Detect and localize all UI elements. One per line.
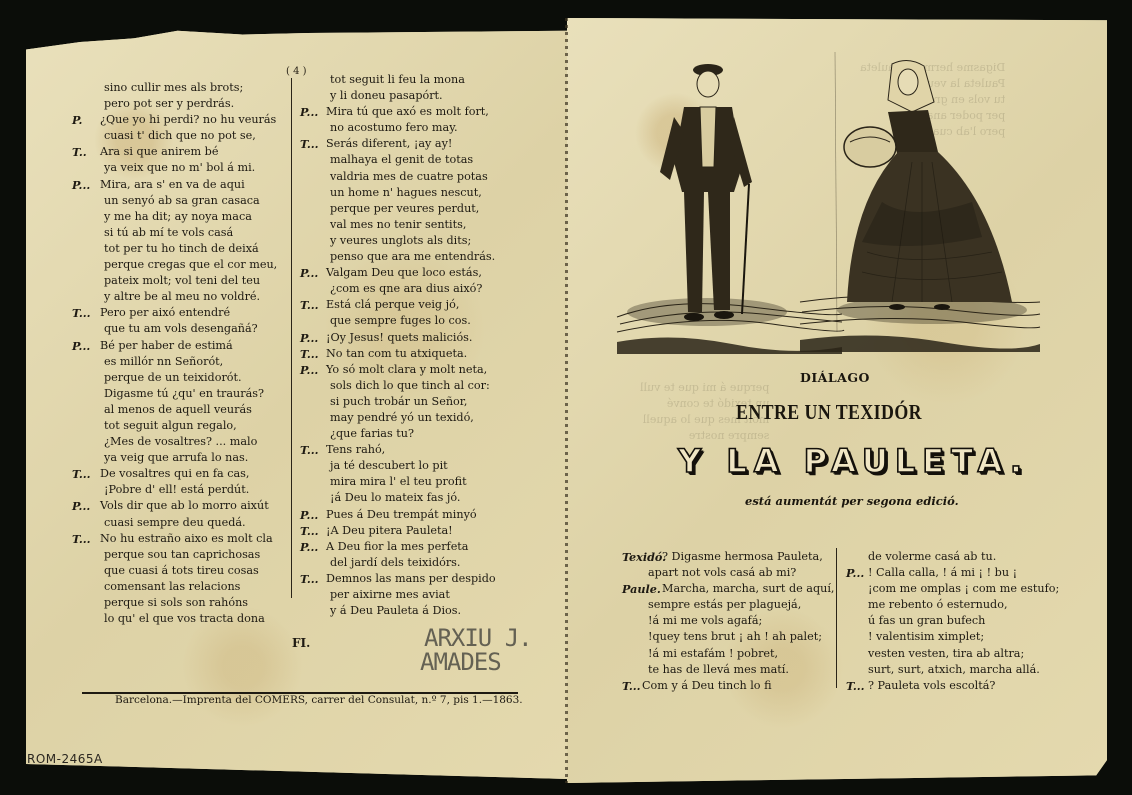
verse-line: !quey tens brut ¡ ah ! ah palet; xyxy=(648,629,834,645)
verse-line: pero pot ser y perdrás. xyxy=(104,96,277,112)
verse-text: Vols dir que ab lo morro aixút xyxy=(100,499,269,512)
verse-text: sols dich lo que tinch al cor: xyxy=(330,379,490,392)
right-column-1: Texidó.? Digasme hermosa Pauleta,apart n… xyxy=(648,549,834,694)
verse-line: T...No tan com tu atxiqueta. xyxy=(326,346,496,362)
title-line-3: Y LA PAULETA. xyxy=(678,442,1029,480)
verse-line: sempre estás per plaguejá, xyxy=(648,597,834,613)
verse-text: Com y á Deu tinch lo fi xyxy=(642,679,772,692)
page-number: ( 4 ) xyxy=(286,66,307,77)
left-column-1: sino cullir mes als brots;pero pot ser y… xyxy=(104,80,277,627)
verse-line: Paule.Marcha, marcha, surt de aquí, xyxy=(642,581,834,597)
verse-line: T...Serás diferent, ¡ay ay! xyxy=(326,136,496,152)
title-line-1: DIÁLAGO xyxy=(800,370,870,385)
verse-text: Digasme tú ¿qu' en traurás? xyxy=(104,387,264,400)
verse-line: P...Pues á Deu trempát minyó xyxy=(326,507,496,523)
verse-line: perque sou tan caprichosas xyxy=(104,547,277,563)
verse-text: cuasi t' dich que no pot se, xyxy=(104,129,256,142)
verse-text: es millór nn Señorót, xyxy=(104,355,223,368)
verse-text: ¡Oy Jesus! quets maliciós. xyxy=(326,331,472,344)
verse-line: si tú ab mí te vols casá xyxy=(104,225,277,241)
title-line-2: ENTRE UN TEXIDÓR xyxy=(736,400,922,425)
verse-text: No hu estraño aixo es molt cla xyxy=(100,532,273,545)
verse-text: ¿Que yo hi perdi? no hu veurás xyxy=(100,113,276,126)
speaker-label: T... xyxy=(72,466,91,482)
verse-line: te has de llevá mes matí. xyxy=(648,662,834,678)
speaker-label: Texidó. xyxy=(622,549,666,565)
speaker-label: T... xyxy=(846,678,865,694)
archive-stamp: ARXIU J. AMADES xyxy=(420,626,532,674)
man-figure xyxy=(660,64,752,321)
verse-line: surt, surt, atxich, marcha allá. xyxy=(868,662,1059,678)
verse-text: sempre estás per plaguejá, xyxy=(648,598,801,611)
verse-line: sols dich lo que tinch al cor: xyxy=(330,378,496,394)
verse-text: ! valentisim ximplet; xyxy=(868,630,984,643)
speaker-label: T... xyxy=(300,297,319,313)
verse-line: un home n' hagues nescut, xyxy=(330,185,496,201)
stamp-line: ARXIU J. xyxy=(420,626,532,650)
verse-line: T...? Pauleta vols escoltá? xyxy=(868,678,1059,694)
speaker-label: T... xyxy=(72,305,91,321)
verse-text: ja té descubert lo pit xyxy=(330,459,448,472)
verse-line: T...De vosaltres qui en fa cas, xyxy=(100,466,277,482)
verse-line: perque cregas que el cor meu, xyxy=(104,257,277,273)
verse-text: sino cullir mes als brots; xyxy=(104,81,243,94)
verse-line: malhaya el genit de totas xyxy=(330,152,496,168)
verse-line: me rebento ó esternudo, xyxy=(868,597,1059,613)
verse-text: De vosaltres qui en fa cas, xyxy=(100,467,249,480)
woodcut-illustration xyxy=(612,52,1042,362)
verse-text: que sempre fuges lo cos. xyxy=(330,314,471,327)
verse-text: si tú ab mí te vols casá xyxy=(104,226,233,239)
verse-line: perque si sols son rahóns xyxy=(104,595,277,611)
verse-text: Mira tú que axó es molt fort, xyxy=(326,105,489,118)
verse-line: pateix molt; vol teni del teu xyxy=(104,273,277,289)
verse-line: ja té descubert lo pit xyxy=(330,458,496,474)
verse-line: T..Ara si que anirem bé xyxy=(100,144,277,160)
verse-text: A Deu fior la mes perfeta xyxy=(326,540,468,553)
speaker-label: T... xyxy=(300,346,319,362)
verse-line: al menos de aquell veurás xyxy=(104,402,277,418)
verse-line: tot seguit algun regalo, xyxy=(104,418,277,434)
verse-text: vesten vesten, tira ab altra; xyxy=(868,647,1024,660)
verse-text: ¿com es qne ara dius aixó? xyxy=(330,282,482,295)
verse-text: Pues á Deu trempát minyó xyxy=(326,508,477,521)
verse-text: comensant las relacions xyxy=(104,580,240,593)
speaker-label: T... xyxy=(72,531,91,547)
verse-line: cuasi sempre deu quedá. xyxy=(104,515,277,531)
verse-text: Demnos las mans per despido xyxy=(326,572,496,585)
speaker-label: P... xyxy=(300,265,318,281)
verse-line: sino cullir mes als brots; xyxy=(104,80,277,96)
speaker-label: T... xyxy=(300,523,319,539)
verse-text: No tan com tu atxiqueta. xyxy=(326,347,467,360)
verse-text: de volerme casá ab tu. xyxy=(868,550,996,563)
verse-text: al menos de aquell veurás xyxy=(104,403,252,416)
verse-line: ya veig que arrufa lo nas. xyxy=(104,450,277,466)
verse-text: un home n' hagues nescut, xyxy=(330,186,482,199)
verse-text: y veures unglots als dits; xyxy=(330,234,471,247)
verse-line: lo qu' el que vos tracta dona xyxy=(104,611,277,627)
catalog-number: ROM-2465A xyxy=(27,752,103,766)
verse-line: ¿que farias tu? xyxy=(330,426,496,442)
verse-text: y á Deu Pauleta á Dios. xyxy=(330,604,461,617)
verse-line: mira mira l' el teu profit xyxy=(330,474,496,490)
verse-line: Texidó.? Digasme hermosa Pauleta, xyxy=(642,549,834,565)
verse-line: T...Está clá perque veig jó, xyxy=(326,297,496,313)
verse-text: valdria mes de cuatre potas xyxy=(330,170,488,183)
verse-text: y me ha dit; ay noya maca xyxy=(104,210,252,223)
verse-text: Está clá perque veig jó, xyxy=(326,298,459,311)
verse-line: perque de un teixidorót. xyxy=(104,370,277,386)
speaker-label: T... xyxy=(300,571,319,587)
verse-line: T...¡A Deu pitera Pauleta! xyxy=(326,523,496,539)
verse-line: ¿com es qne ara dius aixó? xyxy=(330,281,496,297)
speaker-label: T.. xyxy=(72,144,87,160)
right-column-2: de volerme casá ab tu.P...! Calla calla,… xyxy=(868,549,1059,694)
speaker-label: T... xyxy=(300,136,319,152)
verse-text: Mira, ara s' en va de aqui xyxy=(100,178,245,191)
verse-text: que tu am vols desengañá? xyxy=(104,322,258,335)
verse-text: ! Calla calla, ! á mi ¡ ! bu ¡ xyxy=(868,566,1017,579)
verse-text: un senyó ab sa gran casaca xyxy=(104,194,260,207)
verse-text: ¡A Deu pitera Pauleta! xyxy=(326,524,453,537)
woman-figure xyxy=(844,60,1012,310)
verse-line: P...¡Oy Jesus! quets maliciós. xyxy=(326,330,496,346)
verse-text: no acostumo fero may. xyxy=(330,121,458,134)
verse-text: !quey tens brut ¡ ah ! ah palet; xyxy=(648,630,822,643)
verse-text: Yo só molt clara y molt neta, xyxy=(326,363,487,376)
verse-text: perque si sols son rahóns xyxy=(104,596,248,609)
verse-line: valdria mes de cuatre potas xyxy=(330,169,496,185)
speaker-label: T... xyxy=(622,678,641,694)
verse-text: apart not vols casá ab mi? xyxy=(648,566,796,579)
verse-text: y li doneu pasapórt. xyxy=(330,89,443,102)
verse-text: perque cregas que el cor meu, xyxy=(104,258,277,271)
verse-text: may pendré yó un texidó, xyxy=(330,411,474,424)
speaker-label: P... xyxy=(300,362,318,378)
verse-line: P...A Deu fior la mes perfeta xyxy=(326,539,496,555)
end-mark: FI. xyxy=(292,636,310,650)
verse-text: ¿Mes de vosaltres? ... malo xyxy=(104,435,257,448)
speaker-label: P... xyxy=(72,338,90,354)
verse-text: si puch trobár un Señor, xyxy=(330,395,467,408)
verse-text: pero pot ser y perdrás. xyxy=(104,97,234,110)
verse-text: Serás diferent, ¡ay ay! xyxy=(326,137,452,150)
verse-line: ¡Pobre d' ell! está perdút. xyxy=(104,482,277,498)
verse-text: ¡Pobre d' ell! está perdút. xyxy=(104,483,249,496)
verse-text: ya veig que arrufa lo nas. xyxy=(104,451,248,464)
verse-line: tot per tu ho tinch de deixá xyxy=(104,241,277,257)
verse-line: T...Com y á Deu tinch lo fi xyxy=(642,678,834,694)
speaker-label: P... xyxy=(300,330,318,346)
verse-line: ya veix que no m' bol á mi. xyxy=(104,160,277,176)
verse-text: malhaya el genit de totas xyxy=(330,153,473,166)
verse-text: val mes no tenir sentits, xyxy=(330,218,466,231)
verse-text: per aixirne mes aviat xyxy=(330,588,450,601)
speaker-label: P... xyxy=(300,104,318,120)
verse-line: un senyó ab sa gran casaca xyxy=(104,193,277,209)
speaker-label: P... xyxy=(300,539,318,555)
verse-text: Ara si que anirem bé xyxy=(100,145,218,158)
speaker-label: P... xyxy=(300,507,318,523)
stamp-line: AMADES xyxy=(420,650,532,674)
verse-line: per aixirne mes aviat xyxy=(330,587,496,603)
verse-line: P.¿Que yo hi perdi? no hu veurás xyxy=(100,112,277,128)
verse-line: tot seguit li feu la mona xyxy=(330,72,496,88)
verse-text: ¡á Deu lo mateix fas jó. xyxy=(330,491,460,504)
center-fold xyxy=(565,18,568,783)
column-divider xyxy=(291,78,292,598)
verse-line: Digasme tú ¿qu' en traurás? xyxy=(104,386,277,402)
verse-line: P...Yo só molt clara y molt neta, xyxy=(326,362,496,378)
verse-text: tot seguit li feu la mona xyxy=(330,73,465,86)
speaker-label: T... xyxy=(300,442,319,458)
verse-line: perque per veures perdut, xyxy=(330,201,496,217)
verse-text: penso que ara me entendrás. xyxy=(330,250,495,263)
verse-line: T...No hu estraño aixo es molt cla xyxy=(100,531,277,547)
verse-text: perque de un teixidorót. xyxy=(104,371,242,384)
verse-line: de volerme casá ab tu. xyxy=(868,549,1059,565)
verse-line: may pendré yó un texidó, xyxy=(330,410,496,426)
speaker-label: P... xyxy=(72,498,90,514)
edition-subtitle: está aumentát per segona edició. xyxy=(745,494,959,508)
verse-text: Pero per aixó entendré xyxy=(100,306,230,319)
verse-text: !á mi me vols agafá; xyxy=(648,614,762,627)
verse-line: ú fas un gran bufech xyxy=(868,613,1059,629)
verse-line: si puch trobár un Señor, xyxy=(330,394,496,410)
speaker-label: P... xyxy=(846,565,864,581)
verse-text: ? Pauleta vols escoltá? xyxy=(868,679,995,692)
verse-text: ¡com me omplas ¡ com me estufo; xyxy=(868,582,1059,595)
verse-line: P...Bé per haber de estimá xyxy=(100,338,277,354)
verse-line: y veures unglots als dits; xyxy=(330,233,496,249)
verse-text: Valgam Deu que loco estás, xyxy=(326,266,482,279)
verse-text: pateix molt; vol teni del teu xyxy=(104,274,260,287)
verse-line: es millór nn Señorót, xyxy=(104,354,277,370)
verse-text: Marcha, marcha, surt de aquí, xyxy=(662,582,834,595)
verse-line: no acostumo fero may. xyxy=(330,120,496,136)
verse-text: me rebento ó esternudo, xyxy=(868,598,1008,611)
verse-text: y altre be al meu no voldré. xyxy=(104,290,260,303)
verse-text: ú fas un gran bufech xyxy=(868,614,985,627)
verse-line: que cuasi á tots tireu cosas xyxy=(104,563,277,579)
verse-text: !á mi estafám ! pobret, xyxy=(648,647,778,660)
verse-text: perque per veures perdut, xyxy=(330,202,479,215)
verse-text: tot seguit algun regalo, xyxy=(104,419,237,432)
verse-text: ¿que farias tu? xyxy=(330,427,414,440)
verse-line: val mes no tenir sentits, xyxy=(330,217,496,233)
verse-text: te has de llevá mes matí. xyxy=(648,663,789,676)
verse-line: P...Mira, ara s' en va de aqui xyxy=(100,177,277,193)
verse-text: ? Digasme hermosa Pauleta, xyxy=(662,550,823,563)
verse-line: P...! Calla calla, ! á mi ¡ ! bu ¡ xyxy=(868,565,1059,581)
verse-text: lo qu' el que vos tracta dona xyxy=(104,612,265,625)
verse-line: !á mi me vols agafá; xyxy=(648,613,834,629)
verse-line: que tu am vols desengañá? xyxy=(104,321,277,337)
verse-line: T...Pero per aixó entendré xyxy=(100,305,277,321)
verse-line: apart not vols casá ab mi? xyxy=(648,565,834,581)
verse-line: ¡com me omplas ¡ com me estufo; xyxy=(868,581,1059,597)
verse-line: y me ha dit; ay noya maca xyxy=(104,209,277,225)
verse-line: P...Vols dir que ab lo morro aixút xyxy=(100,498,277,514)
verse-line: ¡á Deu lo mateix fas jó. xyxy=(330,490,496,506)
verse-line: comensant las relacions xyxy=(104,579,277,595)
verse-line: ¿Mes de vosaltres? ... malo xyxy=(104,434,277,450)
verse-line: penso que ara me entendrás. xyxy=(330,249,496,265)
verse-text: cuasi sempre deu quedá. xyxy=(104,516,246,529)
column-divider xyxy=(836,548,837,688)
verse-text: mira mira l' el teu profit xyxy=(330,475,467,488)
verse-text: perque sou tan caprichosas xyxy=(104,548,260,561)
verse-text: del jardí dels teixidórs. xyxy=(330,556,460,569)
verse-line: y altre be al meu no voldré. xyxy=(104,289,277,305)
verse-line: T...Tens rahó, xyxy=(326,442,496,458)
speaker-label: P... xyxy=(72,177,90,193)
verse-line: y li doneu pasapórt. xyxy=(330,88,496,104)
verse-text: tot per tu ho tinch de deixá xyxy=(104,242,259,255)
verse-text: surt, surt, atxich, marcha allá. xyxy=(868,663,1040,676)
verse-line: ! valentisim ximplet; xyxy=(868,629,1059,645)
verse-line: vesten vesten, tira ab altra; xyxy=(868,646,1059,662)
verse-text: ya veix que no m' bol á mi. xyxy=(104,161,255,174)
verse-line: P...Mira tú que axó es molt fort, xyxy=(326,104,496,120)
verse-text: que cuasi á tots tireu cosas xyxy=(104,564,259,577)
speaker-label: Paule. xyxy=(622,581,661,597)
verse-line: !á mi estafám ! pobret, xyxy=(648,646,834,662)
verse-text: Bé per haber de estimá xyxy=(100,339,233,352)
left-column-2: tot seguit li feu la monay li doneu pasa… xyxy=(330,72,496,619)
verse-line: y á Deu Pauleta á Dios. xyxy=(330,603,496,619)
verse-line: T...Demnos las mans per despido xyxy=(326,571,496,587)
verse-line: cuasi t' dich que no pot se, xyxy=(104,128,277,144)
verse-line: del jardí dels teixidórs. xyxy=(330,555,496,571)
imprint-line: Barcelona.—Imprenta del COMERS, carrer d… xyxy=(115,694,523,706)
verse-text: Tens rahó, xyxy=(326,443,385,456)
speaker-label: P. xyxy=(72,112,82,128)
verse-line: que sempre fuges lo cos. xyxy=(330,313,496,329)
verse-line: P...Valgam Deu que loco estás, xyxy=(326,265,496,281)
